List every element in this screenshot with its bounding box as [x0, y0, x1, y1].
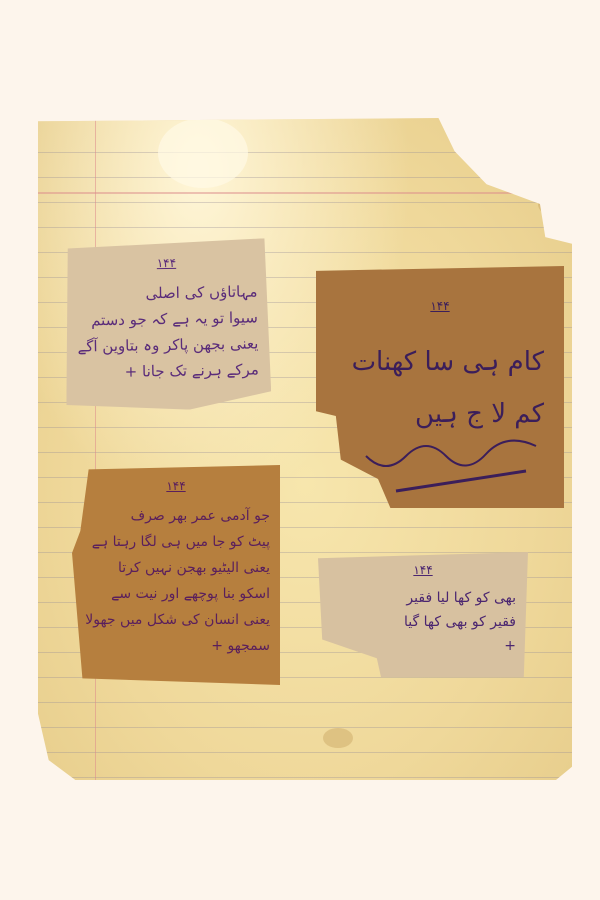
fragment-heading: ۱۴۴	[330, 558, 516, 582]
stain-spot	[538, 193, 563, 215]
fragment-line: فقیر کو بھی کھا گیا	[330, 610, 516, 634]
fragment-top-left: ۱۴۴ مہاتاؤں کی اصلی سیوا تو یہ ہے کہ جو …	[64, 238, 272, 412]
margin-line	[95, 118, 96, 780]
header-rule	[38, 192, 572, 194]
fragment-line: کام ہی سا کھنات	[336, 336, 544, 388]
fragment-line: بھی کو کھا لیا فقیر	[330, 586, 516, 610]
fragment-line: یعنی بجھن پاکر وہ بتاوین آگے	[77, 330, 258, 359]
fragment-line: سمجھو +	[82, 633, 270, 659]
stain-spot	[323, 728, 353, 748]
light-glare	[158, 118, 248, 188]
fragment-bottom-left: ۱۴۴ جو آدمی عمر بھر صرف پیٹ کو جا میں ہی…	[72, 465, 280, 685]
fragment-heading: ۱۴۴	[336, 280, 544, 332]
fragment-heading: ۱۴۴	[76, 248, 257, 277]
fragment-line: مہاتاؤں کی اصلی	[76, 278, 257, 307]
fragment-line: مرکے ہرنے تک جانا +	[78, 356, 259, 385]
fragment-line: یعنی انسان کی شکل میں جھولا	[82, 607, 270, 633]
fragment-line: پیٹ کو جا میں ہی لگا رہتا ہے	[82, 529, 270, 555]
fragment-line: جو آدمی عمر بھر صرف	[82, 503, 270, 529]
fragment-heading: ۱۴۴	[82, 473, 270, 499]
signature-icon	[356, 436, 556, 496]
fragment-line: اسکو بنا پوچھے اور نیت سے	[82, 581, 270, 607]
fragment-line: سیوا تو یہ ہے کہ جو دستم	[77, 304, 258, 333]
fragment-line: کم لا ج ہیں	[336, 388, 544, 440]
fragment-line: یعنی الیٹیو بھجن نہیں کرتا	[82, 555, 270, 581]
